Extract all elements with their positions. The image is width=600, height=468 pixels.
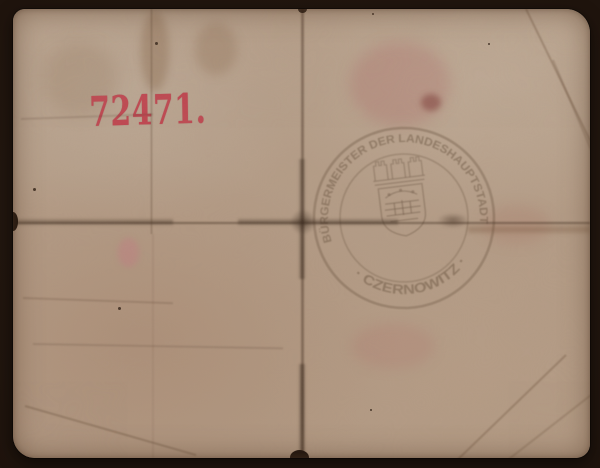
banknote: BÜRGERMEISTER DER LANDESHAUPTSTADT · CZE…: [13, 9, 590, 458]
edge-vignette: [13, 9, 590, 458]
photo-backdrop: BÜRGERMEISTER DER LANDESHAUPTSTADT · CZE…: [0, 0, 600, 468]
